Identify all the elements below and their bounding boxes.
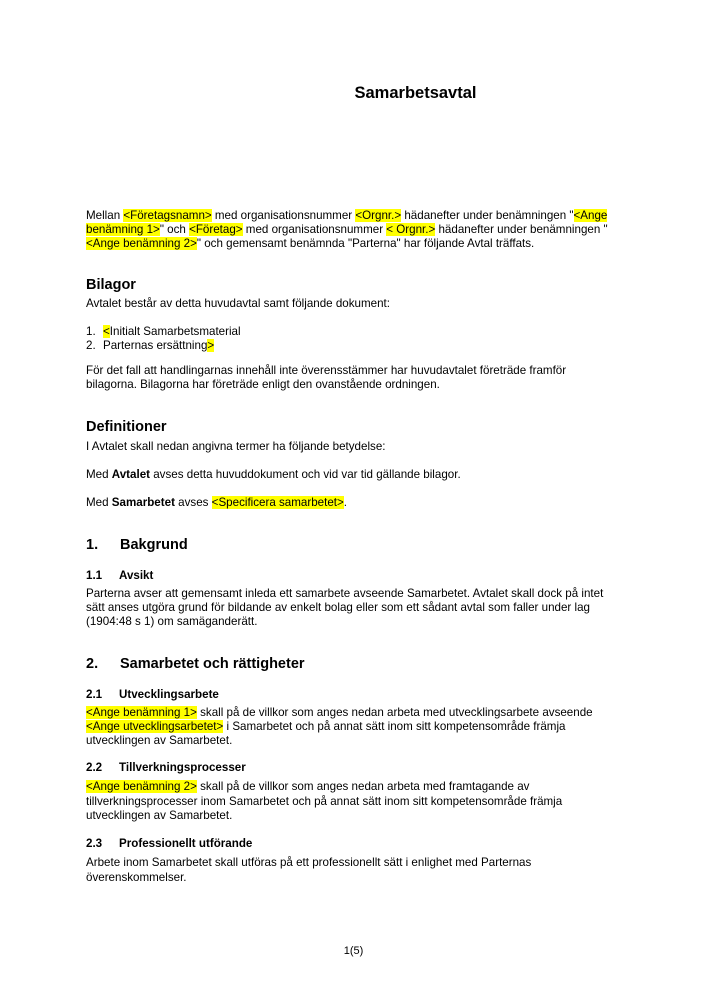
placeholder-highlight: < Orgnr.> [386, 223, 435, 236]
tillverkning-line-2: tillverkningsprocesser inom Samarbetet o… [86, 795, 626, 810]
definitioner-lead: I Avtalet skall nedan angivna termer ha … [86, 440, 626, 455]
placeholder-highlight: <Företag> [189, 223, 243, 236]
list-text: Initialt Samarbetsmaterial [110, 325, 241, 338]
section-title: Utvecklingsarbete [119, 688, 219, 701]
placeholder-highlight: > [207, 339, 214, 352]
heading-section-2-1: 2.1Utvecklingsarbete [86, 688, 219, 703]
list-number: 2. [86, 339, 103, 354]
text: Med [86, 496, 112, 509]
placeholder-highlight: benämning 1> [86, 223, 160, 236]
placeholder-highlight: <Ange utvecklingsarbetet> [86, 720, 223, 733]
text: avses detta huvuddokument och vid var ti… [150, 468, 461, 481]
section-number: 2.3 [86, 837, 119, 852]
tillverkning-line-1: <Ange benämning 2> skall på de villkor s… [86, 780, 626, 795]
section-title: Professionellt utförande [119, 837, 252, 850]
utveckling-line-1: <Ange benämning 1> skall på de villkor s… [86, 706, 626, 721]
text: i Samarbetet och på annat sätt inom sitt… [223, 720, 565, 733]
document-title: Samarbetsavtal [0, 86, 707, 101]
tillverkning-line-3: utvecklingen av Samarbetet. [86, 809, 626, 824]
professionellt-line-2: överenskommelser. [86, 871, 626, 886]
placeholder-highlight: <Orgnr.> [355, 209, 401, 222]
heading-section-2: 2.Samarbetet och rättigheter [86, 657, 305, 672]
section-number: 2.2 [86, 761, 119, 776]
text: med organisationsnummer [212, 209, 356, 222]
placeholder-highlight: <Företagsnamn> [123, 209, 211, 222]
placeholder-highlight: <Ange benämning 2> [86, 780, 197, 793]
text: hädanefter under benämningen " [401, 209, 573, 222]
placeholder-highlight: <Specificera samarbetet> [212, 496, 344, 509]
section-title: Avsikt [119, 569, 153, 582]
placeholder-highlight: <Ange benämning 1> [86, 706, 197, 719]
text: skall på de villkor som anges nedan arbe… [197, 780, 530, 793]
text: hädanefter under benämningen " [435, 223, 607, 236]
heading-section-2-2: 2.2Tillverkningsprocesser [86, 761, 246, 776]
heading-section-1-1: 1.1Avsikt [86, 569, 153, 584]
bilagor-list-item: 2.Parternas ersättning> [86, 339, 626, 354]
text: Mellan [86, 209, 123, 222]
placeholder-highlight: < [103, 325, 110, 338]
section-title: Bakgrund [120, 537, 188, 553]
intro-line-2: benämning 1>" och <Företag> med organisa… [86, 223, 626, 238]
heading-section-1: 1.Bakgrund [86, 538, 188, 553]
bilagor-list-item: 1.<Initialt Samarbetsmaterial [86, 325, 626, 340]
defined-term: Samarbetet [112, 496, 175, 509]
page-number: 1(5) [0, 944, 707, 959]
avsikt-line-3: (1904:48 s 1) om samäganderätt. [86, 615, 626, 630]
placeholder-highlight: <Ange [574, 209, 608, 222]
heading-definitioner: Definitioner [86, 420, 167, 435]
text: . [344, 496, 347, 509]
list-text: Parternas ersättning [103, 339, 207, 352]
section-number: 2. [86, 657, 120, 672]
text: " och [160, 223, 189, 236]
heading-section-2-3: 2.3Professionellt utförande [86, 837, 252, 852]
avsikt-line-1: Parterna avser att gemensamt inleda ett … [86, 587, 626, 602]
avsikt-line-2: sätt anses utgöra grund för bildande av … [86, 601, 626, 616]
text: Med [86, 468, 112, 481]
text: skall på de villkor som anges nedan arbe… [197, 706, 593, 719]
list-number: 1. [86, 325, 103, 340]
intro-line-1: Mellan <Företagsnamn> med organisationsn… [86, 209, 626, 224]
text: avses [175, 496, 212, 509]
bilagor-note-line-1: För det fall att handlingarnas innehåll … [86, 364, 626, 379]
professionellt-line-1: Arbete inom Samarbetet skall utföras på … [86, 856, 626, 871]
bilagor-lead: Avtalet består av detta huvudavtal samt … [86, 297, 626, 312]
text: med organisationsnummer [243, 223, 387, 236]
section-number: 1. [86, 538, 120, 553]
section-title: Tillverkningsprocesser [119, 761, 246, 774]
intro-line-3: <Ange benämning 2>" och gemensamt benämn… [86, 237, 626, 252]
heading-bilagor: Bilagor [86, 278, 136, 293]
section-number: 1.1 [86, 569, 119, 584]
placeholder-highlight: <Ange benämning 2> [86, 237, 197, 250]
section-number: 2.1 [86, 688, 119, 703]
bilagor-note-line-2: bilagorna. Bilagorna har företräde enlig… [86, 378, 626, 393]
utveckling-line-3: utvecklingen av Samarbetet. [86, 734, 626, 749]
defined-term: Avtalet [112, 468, 150, 481]
definition-samarbetet: Med Samarbetet avses <Specificera samarb… [86, 496, 626, 511]
section-title: Samarbetet och rättigheter [120, 656, 305, 672]
text: " och gemensamt benämnda "Parterna" har … [197, 237, 534, 250]
utveckling-line-2: <Ange utvecklingsarbetet> i Samarbetet o… [86, 720, 626, 735]
definition-avtalet: Med Avtalet avses detta huvuddokument oc… [86, 468, 626, 483]
